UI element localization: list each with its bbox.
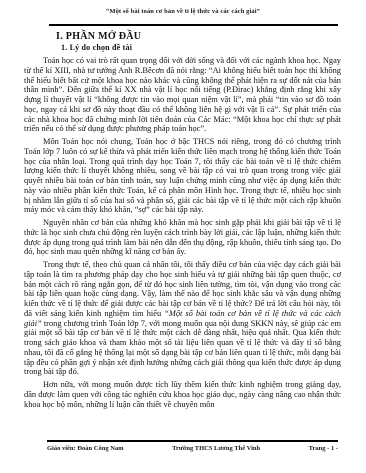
paragraph-math-importance: Toán học có vai trò rất quan trọng đối v… <box>24 56 341 134</box>
paragraph-grade7-ratio-topic: Môn Toán học nói chung, Toán học ở bậc T… <box>24 137 341 215</box>
section-heading: I. PHẦN MỞ ĐẦU <box>56 31 341 42</box>
paragraph-teaching-method-post: trong chương trình Toán lớp 7, với mong … <box>24 319 341 377</box>
document-page: “Một số bài toán cơ bản về tỉ lệ thức và… <box>0 0 366 473</box>
header-rule <box>49 24 338 26</box>
page-content: I. PHẦN MỞ ĐẦU 1. Lý do chọn đề tài Toán… <box>24 31 341 412</box>
footer-school-name: Trường THCS Lương Thế Vinh <box>172 445 260 452</box>
footer-teacher-name: Giáo viên: Đoàn Công Nam <box>47 445 124 452</box>
subsection-heading: 1. Lý do chọn đề tài <box>61 43 341 52</box>
page-footer: Giáo viên: Đoàn Công Nam Trường THCS Lươ… <box>47 445 338 452</box>
paragraph-personal-motivation: Hơn nữa, với mong muốn được tích lũy thê… <box>24 380 341 409</box>
footer-page-number: Trang - 1 - <box>309 445 338 452</box>
footer-rule <box>47 440 338 442</box>
paragraph-student-difficulties: Nguyên nhân cơ bản của những khó khăn mà… <box>24 218 341 257</box>
running-title: “Một số bài toán cơ bản về tỉ lệ thức và… <box>0 8 366 15</box>
paragraph-teaching-method: Trong thực tế, theo chủ quan cá nhân tôi… <box>24 260 341 377</box>
